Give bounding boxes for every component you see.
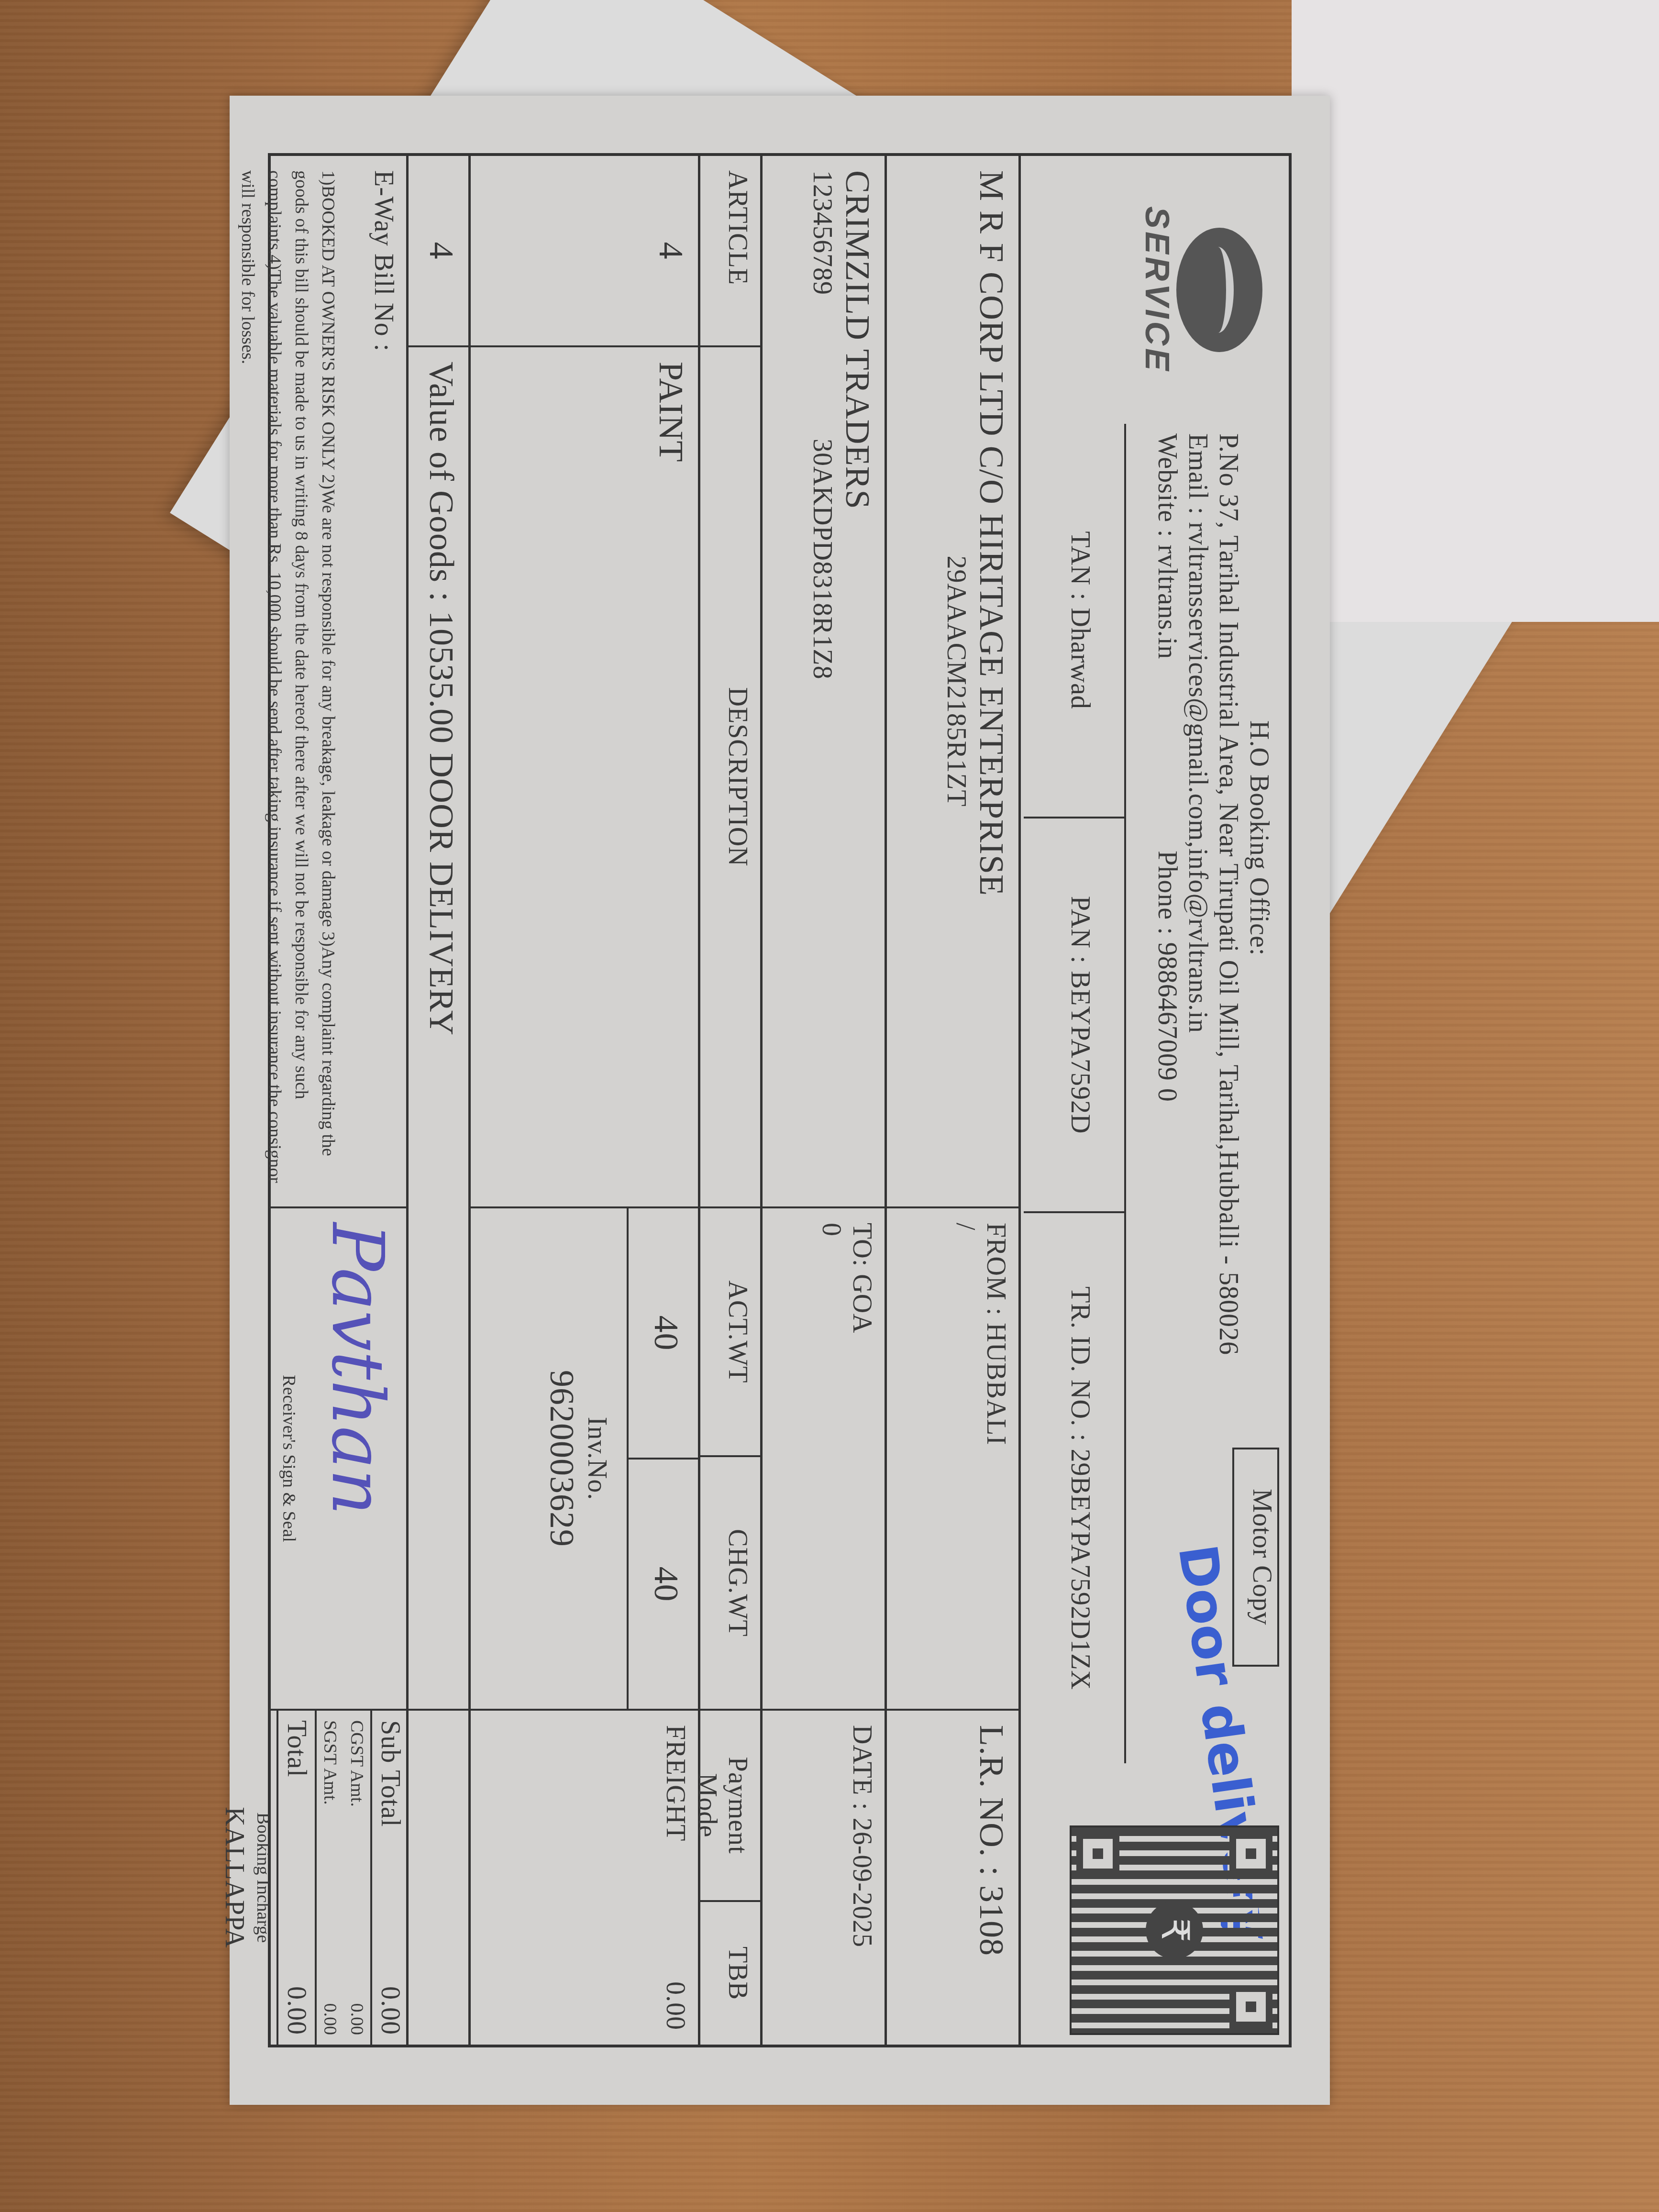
item-article: 4 xyxy=(471,156,700,347)
article-header: ARTICLE xyxy=(700,156,763,347)
from-extra: / xyxy=(950,1223,981,1694)
gst-field: TR. ID. NO. : 29BEYPA7592D1ZX xyxy=(1024,1213,1124,1763)
pan-field: PAN : BEYPA7592D xyxy=(1024,818,1124,1213)
booking-incharge-name: KALLAPPA xyxy=(219,1711,250,2045)
consignee-name: CRIMZILD TRADERS xyxy=(838,170,877,1192)
to-cell: TO: GOA 0 xyxy=(763,1208,887,1711)
receipt-frame: SERVICE H.O Booking Office: P.No 37, Tar… xyxy=(268,153,1292,2047)
freight-label: FREIGHT xyxy=(660,1725,691,1841)
freight-value: 0.00 xyxy=(660,1981,691,2030)
booking-office-website: Website : rvltrans.in xyxy=(1152,433,1183,659)
booking-office-email: Email : rvltransservices@gmail.com,info@… xyxy=(1183,433,1213,1725)
receiver-signature: Pavthan xyxy=(316,1223,399,1694)
consignor-cell: M R F CORP LTD C/O HIRITAGE ENTERPRISE 2… xyxy=(887,156,1021,1208)
paper-sheet-corner xyxy=(1292,0,1659,622)
to-extra: 0 xyxy=(816,1223,847,1694)
booking-office-phone: Phone : 9886467009 0 xyxy=(1152,851,1183,1102)
total-articles: 4 xyxy=(409,156,471,347)
terms-and-conditions: 1)BOOKED AT OWNER'S RISK ONLY 2)We are n… xyxy=(234,170,342,1199)
consignor-row: M R F CORP LTD C/O HIRITAGE ENTERPRISE 2… xyxy=(885,156,1021,2045)
value-of-goods-row: 4 Value of Goods : 10535.00 DOOR DELIVER… xyxy=(406,156,471,2045)
total-label: Total xyxy=(281,1720,312,1986)
description-header: DESCRIPTION xyxy=(700,347,763,1208)
receiver-sign-label: Receiver's Sign & Seal xyxy=(276,1208,302,1709)
cgst-value: 0.00 xyxy=(343,2003,370,2035)
logo-text: SERVICE xyxy=(1138,206,1176,373)
qr-finder-icon xyxy=(1229,1985,1272,2028)
column-header-row: ARTICLE DESCRIPTION ACT.WT CHG.WT Paymen… xyxy=(698,156,763,2045)
sgst-label: SGST Amt. xyxy=(317,1720,343,2003)
freight-cell: FREIGHT 0.00 xyxy=(471,1711,700,2045)
logo-emblem-icon xyxy=(1176,228,1262,352)
to-location: TO: GOA xyxy=(847,1223,877,1694)
consignee-row: CRIMZILD TRADERS 123456789 30AKDPD8318R1… xyxy=(760,156,887,2045)
item-charged-weight: 40 xyxy=(629,1460,700,1709)
payment-mode-header: Payment Mode xyxy=(700,1711,763,1902)
company-logo: SERVICE xyxy=(1121,166,1279,414)
charged-weight-header: CHG.WT xyxy=(700,1457,763,1711)
lorry-receipt: SERVICE H.O Booking Office: P.No 37, Tar… xyxy=(230,96,1330,2105)
tan-field: TAN : Dharwad xyxy=(1024,424,1124,818)
cgst-label: CGST Amt. xyxy=(343,1720,370,2003)
qr-finder-icon xyxy=(1229,1832,1272,1875)
item-description: PAINT xyxy=(471,347,700,1208)
consignee-gstin: 30AKDPD8318R1Z8 xyxy=(807,439,838,679)
table-row: 4 PAINT 40 40 Inv.No. 9620003629 FREIGHT… xyxy=(468,156,700,2045)
subtotal-value: 0.00 xyxy=(375,1986,406,2035)
consignor-name: M R F CORP LTD C/O HIRITAGE ENTERPRISE xyxy=(972,170,1011,1192)
qr-finder-icon xyxy=(1076,1832,1119,1875)
sgst-value: 0.00 xyxy=(317,2003,343,2035)
tax-ids-row: TAN : Dharwad PAN : BEYPA7592D TR. ID. N… xyxy=(1024,424,1126,1763)
consignee-phone: 123456789 xyxy=(807,170,838,295)
invoice-label: Inv.No. xyxy=(582,1208,627,1709)
subtotal-label: Sub Total xyxy=(375,1720,406,1986)
header-row: SERVICE H.O Booking Office: P.No 37, Tar… xyxy=(1018,156,1289,2045)
total-value: 0.00 xyxy=(281,1986,312,2035)
from-cell: FROM : HUBBALI / xyxy=(887,1208,1021,1711)
payment-mode-value: TBB xyxy=(700,1902,763,2045)
date-cell: DATE : 26-09-2025 xyxy=(763,1711,887,2045)
summary-spacer xyxy=(409,1711,471,2045)
invoice-number: 9620003629 xyxy=(542,1208,582,1709)
value-of-goods: Value of Goods : 10535.00 DOOR DELIVERY xyxy=(409,347,471,1711)
from-location: FROM : HUBBALI xyxy=(981,1223,1011,1694)
summary-cell: Sub Total0.00 CGST Amt.0.00 SGST Amt.0.0… xyxy=(271,1711,409,2045)
lr-number-cell: L.R. NO. : 3108 xyxy=(887,1711,1021,2045)
actual-weight-header: ACT.WT xyxy=(700,1208,763,1457)
consignee-cell: CRIMZILD TRADERS 123456789 30AKDPD8318R1… xyxy=(763,156,887,1208)
payment-qr-code[interactable]: ₹ xyxy=(1070,1825,1279,2035)
consignor-gstin: 29AAACM2185R1ZT xyxy=(941,170,972,1192)
receiver-sign-cell: Pavthan Receiver's Sign & Seal xyxy=(271,1208,409,1711)
date-field: DATE : 26-09-2025 xyxy=(847,1725,877,2030)
item-actual-weight: 40 xyxy=(629,1208,700,1460)
eway-bill-label: E-Way Bill No : xyxy=(368,170,399,1192)
lr-number: L.R. NO. : 3108 xyxy=(972,1725,1011,2030)
booking-incharge-label: Booking Incharge xyxy=(250,1711,276,2045)
weight-invoice-cell: 40 40 Inv.No. 9620003629 xyxy=(471,1208,700,1711)
rupee-icon: ₹ xyxy=(1146,1902,1203,1959)
